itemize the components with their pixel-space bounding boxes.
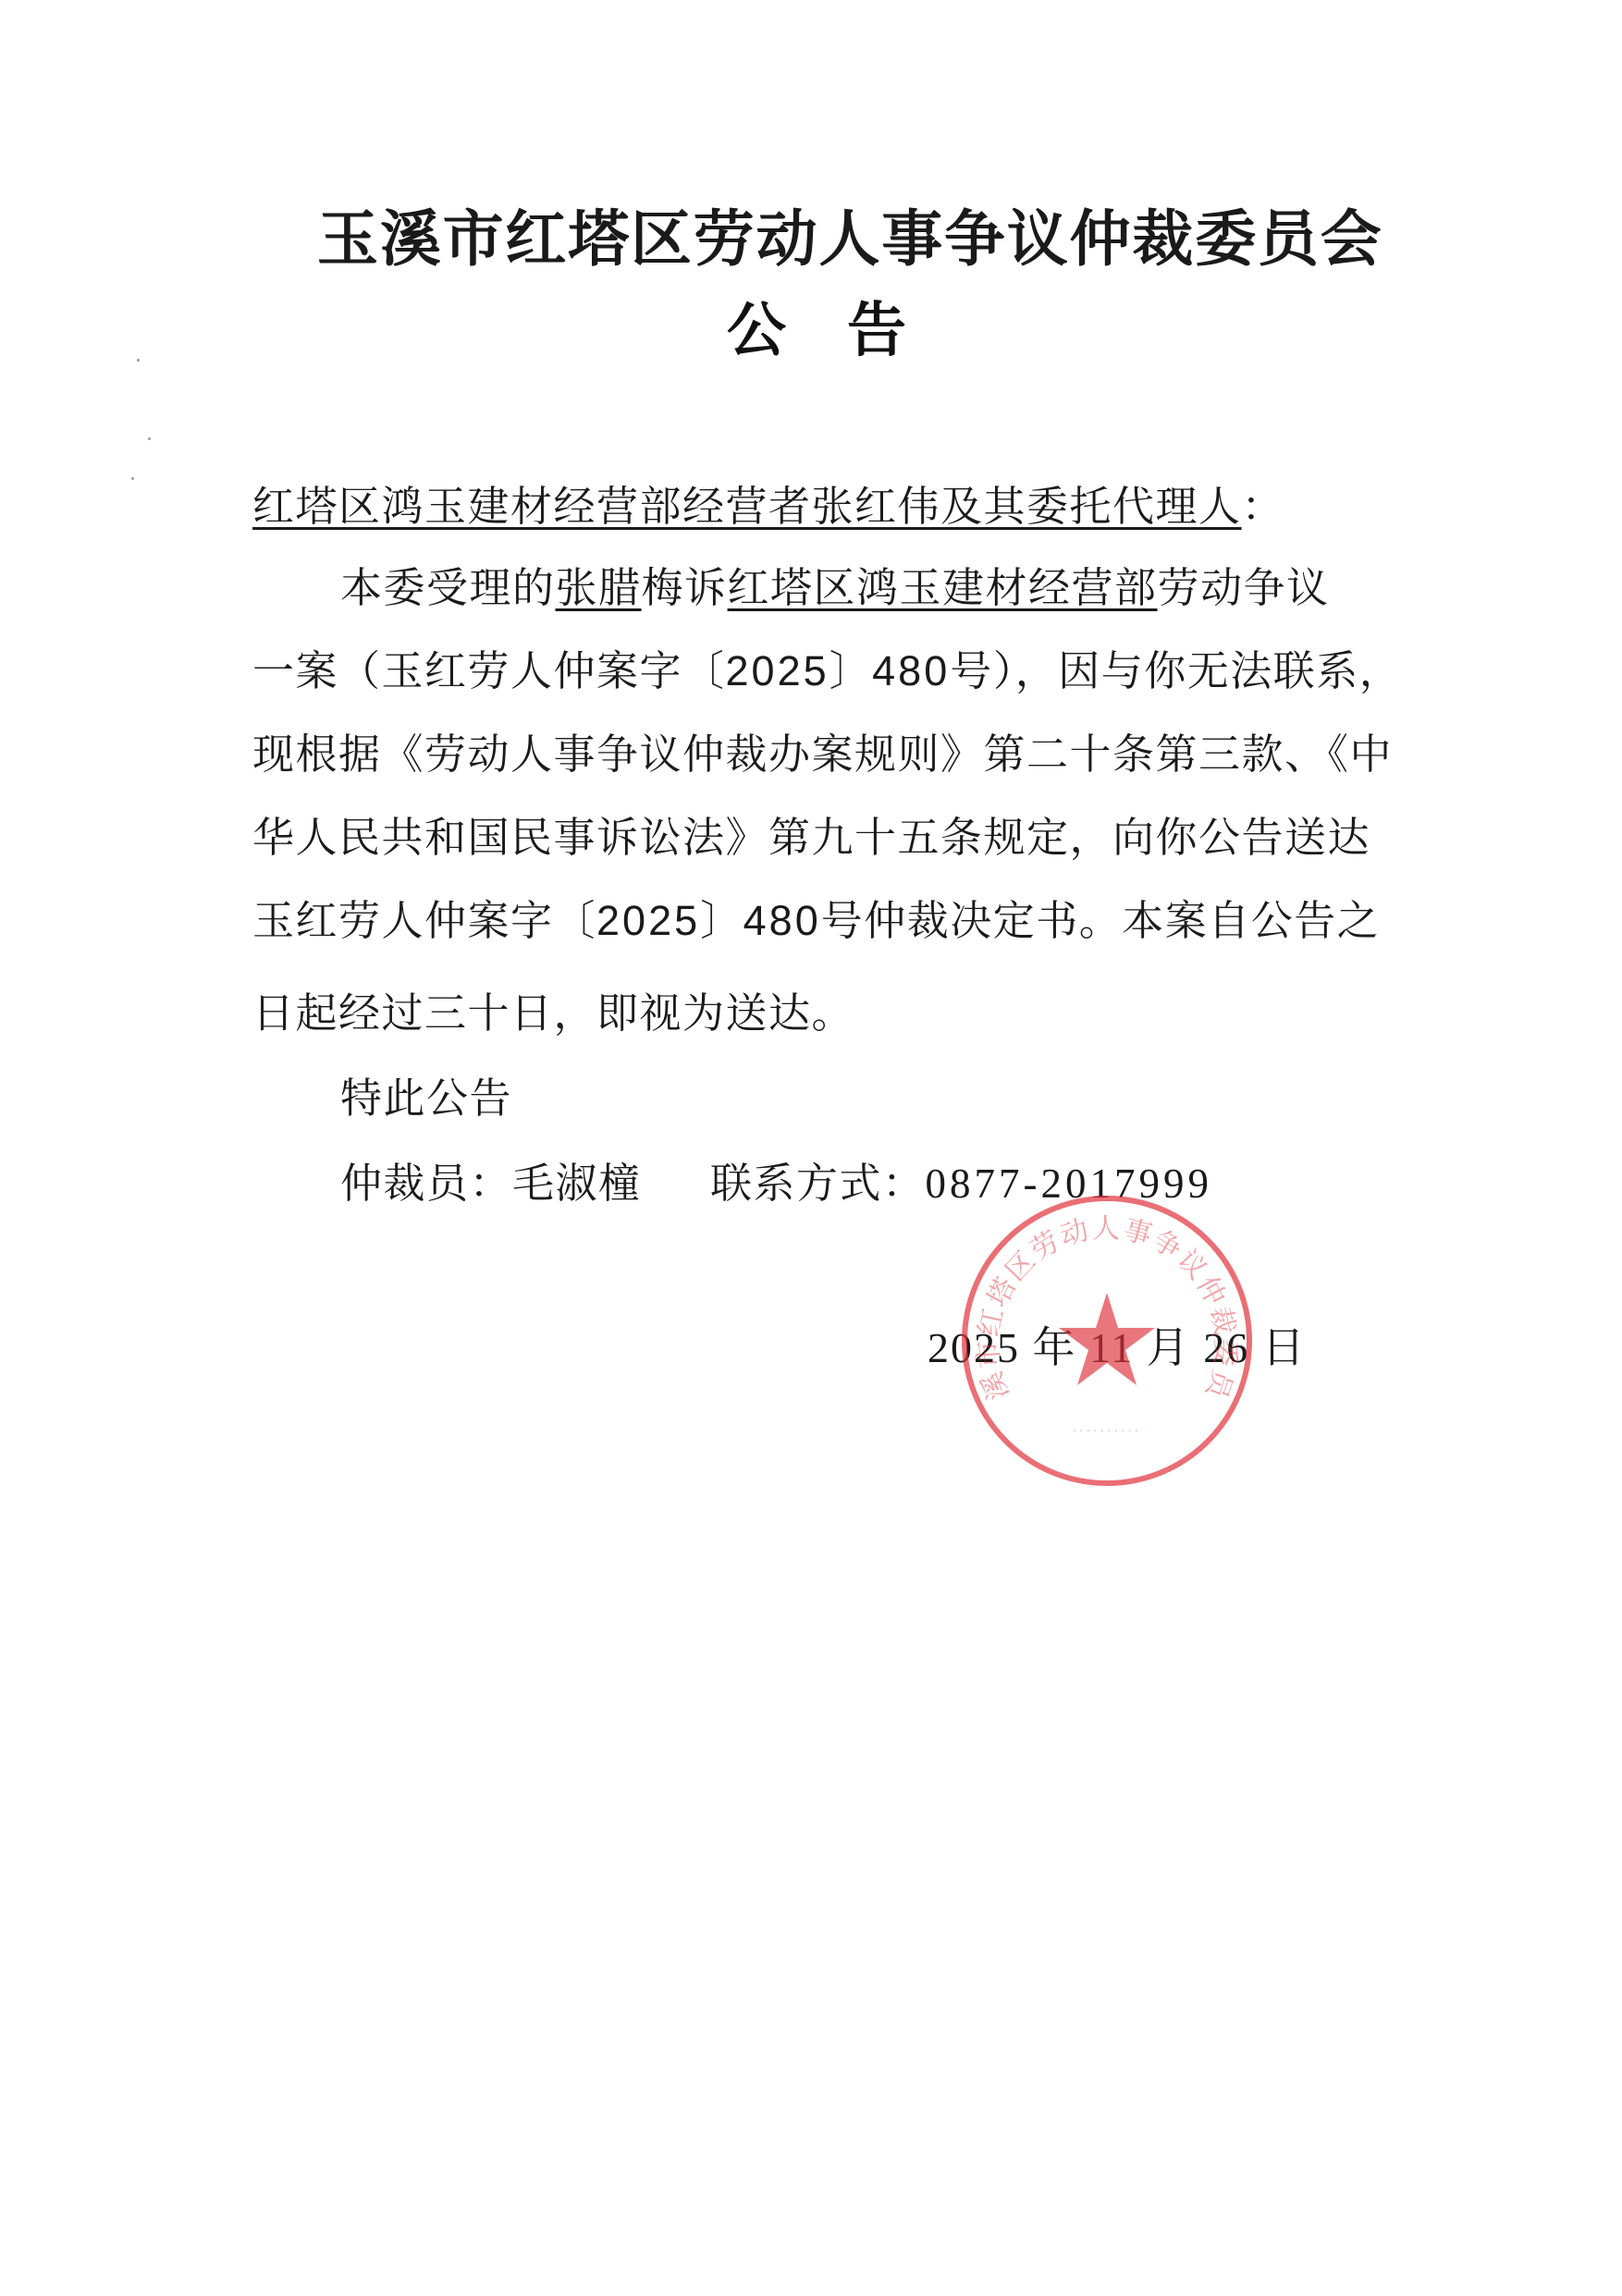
body-line-3: 现根据《劳动人事争议仲裁办案规则》第二十条第三款、《中 [252, 727, 1393, 782]
notice-heading: 公告 [727, 294, 967, 368]
date-year: 2025 [928, 1324, 1020, 1371]
addressee-colon: ： [1242, 482, 1285, 531]
body-line-5: 玉红劳人仲案字〔2025〕480号仲裁决定书。本案自公告之 [252, 893, 1380, 949]
applicant-name-underlined: 张腊 [556, 563, 642, 612]
issue-date: 2025 年 11 月 26 日 [928, 1320, 1307, 1376]
arbitrator-name: 毛淑橦 [512, 1159, 642, 1208]
body-text: 〕 [829, 646, 873, 695]
date-day-unit: 日 [1262, 1324, 1307, 1371]
svg-text:··········: ·········· [1073, 1424, 1142, 1439]
body-text: 号），因与你无法联系， [950, 646, 1402, 695]
date-year-unit: 年 [1033, 1324, 1077, 1371]
scan-speck [148, 437, 151, 440]
case-year: 2025 [726, 647, 829, 694]
case-number: 480 [743, 897, 821, 944]
scan-speck [137, 359, 140, 362]
scan-speck [131, 477, 134, 480]
body-text: 劳动争议 [1158, 563, 1330, 612]
addressee-line: 红塔区鸿玉建材经营部经营者张红伟及其委托代理人： [252, 479, 1284, 534]
body-text: 梅诉 [642, 563, 728, 612]
closing-statement: 特此公告 [340, 1071, 512, 1126]
body-line-6: 日起经过三十日，即视为送达。 [252, 986, 854, 1041]
body-text: 玉红劳人仲案字〔 [252, 896, 596, 945]
body-line-1: 本委受理的张腊梅诉红塔区鸿玉建材经营部劳动争议 [340, 560, 1330, 616]
date-month: 11 [1089, 1324, 1134, 1371]
arbitrator-line: 仲裁员：毛淑橦 [340, 1156, 642, 1211]
body-line-4: 华人民共和国民事诉讼法》第九十五条规定，向你公告送达 [252, 810, 1370, 866]
date-day: 26 [1203, 1324, 1249, 1371]
contact-phone: 0877-2017999 [926, 1160, 1213, 1207]
arbitrator-label: 仲裁员： [340, 1159, 512, 1208]
case-year: 2025 [596, 897, 700, 944]
case-number: 480 [872, 647, 950, 694]
body-text: 〕 [700, 896, 743, 945]
document-page: 玉溪市红塔区劳动人事争议仲裁委员会 公告 红塔区鸿玉建材经营部经营者张红伟及其委… [0, 0, 1622, 2296]
contact-line: 联系方式：0877-2017999 [710, 1156, 1212, 1211]
contact-label: 联系方式： [710, 1159, 926, 1208]
addressee-name: 红塔区鸿玉建材经营部经营者张红伟及其委托代理人 [252, 482, 1242, 531]
body-text: 号仲裁决定书。本案自公告之 [821, 896, 1381, 945]
body-line-2: 一案（玉红劳人仲案字〔2025〕480号），因与你无法联系， [252, 644, 1402, 699]
date-month-unit: 月 [1147, 1324, 1191, 1371]
body-text: 本委受理的 [340, 563, 556, 612]
issuing-authority-title: 玉溪市红塔区劳动人事争议仲裁委员会 [317, 202, 1383, 276]
body-text: 一案（玉红劳人仲案字〔 [252, 646, 726, 695]
respondent-name-underlined: 红塔区鸿玉建材经营部 [728, 563, 1158, 612]
